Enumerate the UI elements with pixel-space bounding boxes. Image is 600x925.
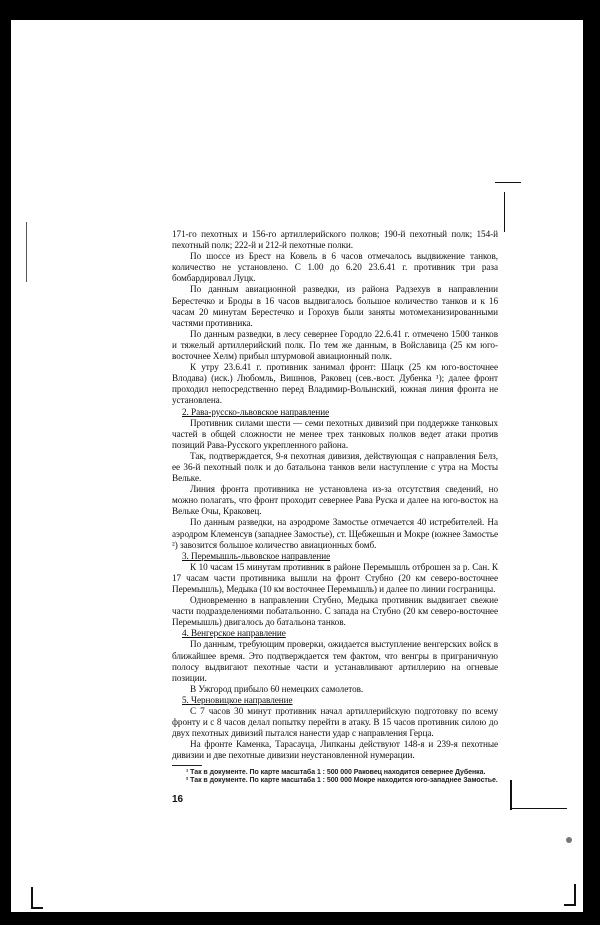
scan-speckle (566, 837, 572, 843)
crop-mark-top-right-h (495, 182, 521, 183)
paragraph: Одновременно в направлении Стубно, Медык… (172, 595, 498, 628)
document-body: 171-го пехотных и 156-го артиллерийского… (172, 229, 498, 805)
crop-mark-left-v (26, 222, 27, 282)
crop-mark-bottom-left-h (31, 907, 43, 909)
paragraph: По данным разведки, на аэродроме Замость… (172, 517, 498, 550)
section-heading: 2. Рава-русско-львовское направление (172, 407, 498, 418)
paragraph: Так, подтверждается, 9-я пехотная дивизи… (172, 451, 498, 484)
crop-mark-bottom-left-v (31, 887, 33, 909)
section-heading: 3. Перемышль-львовское направление (172, 551, 498, 562)
section-heading: 4. Венгерское направление (172, 628, 498, 639)
paragraph: К 10 часам 15 минутам противник в районе… (172, 562, 498, 595)
page-number: 16 (172, 794, 498, 805)
paragraph: По данным разведки, в лесу севернее Горо… (172, 329, 498, 362)
paragraph: С 7 часов 30 минут противник начал артил… (172, 706, 498, 739)
paragraph: Противник силами шести — семи пехотных д… (172, 418, 498, 451)
footnote-2: ² Так в документе. По карте масштаба 1 :… (172, 777, 498, 786)
paragraph: На фронте Каменка, Тарасауца, Липканы де… (172, 739, 498, 761)
paragraph: К утру 23.6.41 г. противник занимал фрон… (172, 362, 498, 406)
paragraph: По шоссе из Брест на Ковель в 6 часов от… (172, 251, 498, 284)
footnote-1: ¹ Так в документе. По карте масштаба 1 :… (172, 769, 498, 778)
crop-mark-bottom-right-v (510, 780, 512, 810)
crop-mark-top-right-v (504, 192, 505, 232)
footnote-divider (172, 765, 202, 766)
crop-mark-bottom-right-corner-h (564, 904, 576, 906)
crop-mark-bottom-right-corner-v (574, 884, 576, 906)
paragraph: Линия фронта противника не установлена и… (172, 484, 498, 517)
paragraph: В Ужгород прибыло 60 немецких самолетов. (172, 684, 498, 695)
section-heading: 5. Черновицкое направление (172, 695, 498, 706)
paragraph: По данным авиационной разведки, из район… (172, 284, 498, 328)
crop-mark-bottom-right-h (511, 808, 567, 809)
scan-frame: 171-го пехотных и 156-го артиллерийского… (0, 0, 600, 925)
paragraph: 171-го пехотных и 156-го артиллерийского… (172, 229, 498, 251)
paragraph: По данным, требующим проверки, ожидается… (172, 639, 498, 683)
